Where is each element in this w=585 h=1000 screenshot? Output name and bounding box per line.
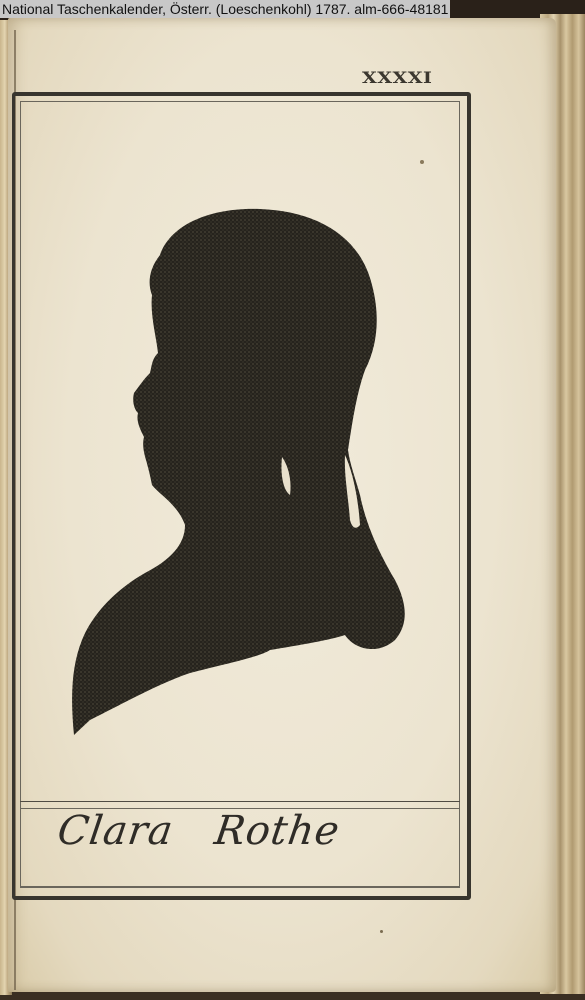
paper-stain (380, 930, 383, 933)
page-number: XXXXI (362, 69, 432, 88)
sitter-name: Clara Rothe (55, 808, 441, 854)
silhouette-shape (72, 209, 405, 735)
image-caption: National Taschenkalender, Österr. (Loesc… (0, 0, 450, 18)
caption-divider (20, 801, 460, 802)
silhouette-portrait (60, 195, 440, 735)
caption-divider (20, 886, 460, 887)
